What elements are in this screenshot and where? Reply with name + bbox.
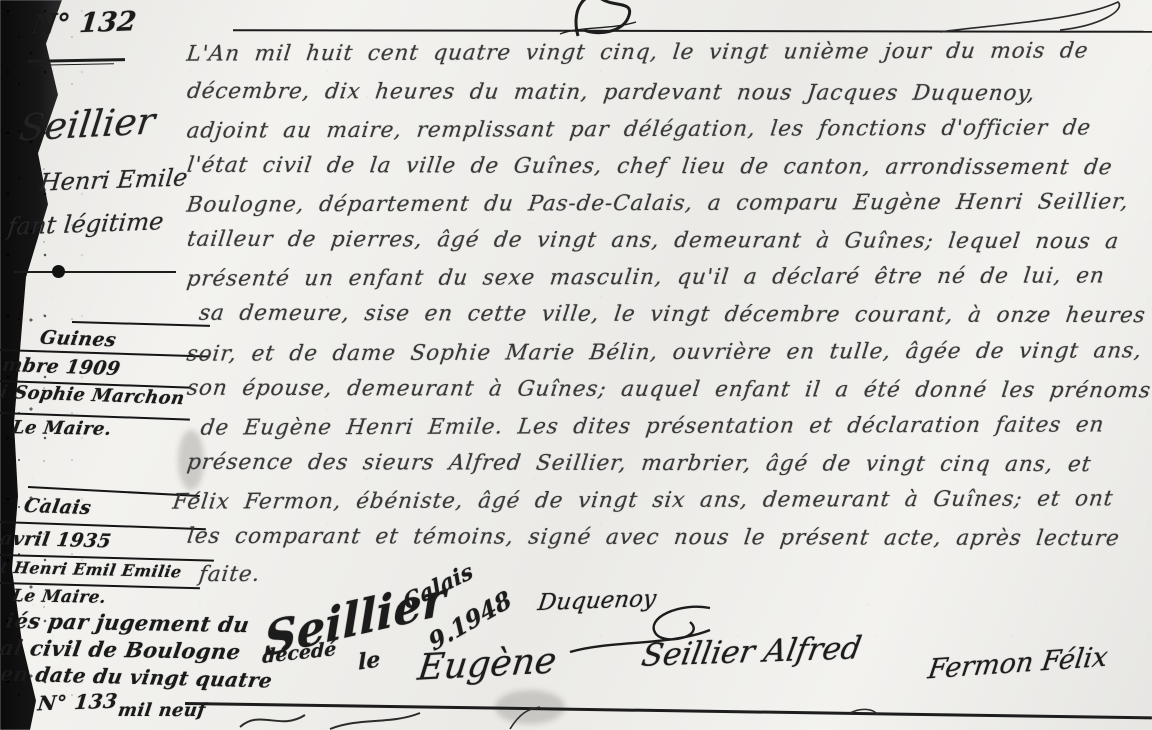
margin-legitimacy-fragment: fant légitime (6, 207, 165, 240)
margin-note-marriage-signer: Le Maire. (10, 417, 113, 440)
act-line-11: de Eugène Henri Emile. Les dites présent… (199, 412, 1105, 440)
act-line-3: adjoint au maire, remplissant par déléga… (185, 115, 1092, 143)
margin-note-marriage-date: mbre 1909 (0, 354, 122, 380)
act-line-13: Félix Fermon, ébéniste, âgé de vingt six… (171, 486, 1114, 514)
act-line-8: sa demeure, sise en cette ville, le ving… (198, 301, 1152, 329)
act-number: N° 132 (30, 6, 138, 41)
act-line-12: présence des sieurs Alfred Seillier, mar… (186, 450, 1093, 477)
margin-surname: Seillier (17, 100, 158, 150)
stamp-note-le: le (358, 646, 381, 675)
margin-note-death-signer: Le Maire. (11, 586, 108, 608)
act-line-6: tailleur de pierres, âgé de vingt ans, d… (186, 227, 1121, 254)
margin-divider (14, 271, 176, 273)
act-line-7: présenté un enfant du sexe masculin, qu'… (185, 263, 1106, 291)
margin-note-judgment-number: N° 133 (37, 689, 119, 716)
act-line-4: l'état civil de la ville de Guînes, chef… (186, 153, 1114, 180)
signature-given-name: Eugène (416, 640, 559, 689)
act-line-15: faite. (197, 562, 261, 587)
margin-divider-blot (52, 265, 65, 278)
act-line-9: soir, et de dame Sophie Marie Bélin, ouv… (185, 338, 1143, 366)
act-line-1: L'An mil huit cent quatre vingt cinq, le… (185, 38, 1090, 66)
margin-given-names: Henri Emile (38, 163, 189, 196)
margin-note-death-date: avril 1935 (0, 528, 113, 553)
act-line-10: son épouse, demeurant à Guînes; auquel e… (186, 376, 1152, 404)
act-line-14: les comparant et témoins, signé avec nou… (186, 524, 1122, 551)
act-line-5: Boulogne, département du Pas-de-Calais, … (185, 189, 1130, 217)
act-line-2: décembre, dix heures du matin, pardevant… (186, 79, 1037, 106)
margin-note-marriage-place: Guines (38, 327, 118, 352)
margin-note-death-place: Calais (22, 495, 93, 519)
scanned-civil-register-page: N° 132 Seillier Henri Emile fant légitim… (0, 0, 1152, 730)
